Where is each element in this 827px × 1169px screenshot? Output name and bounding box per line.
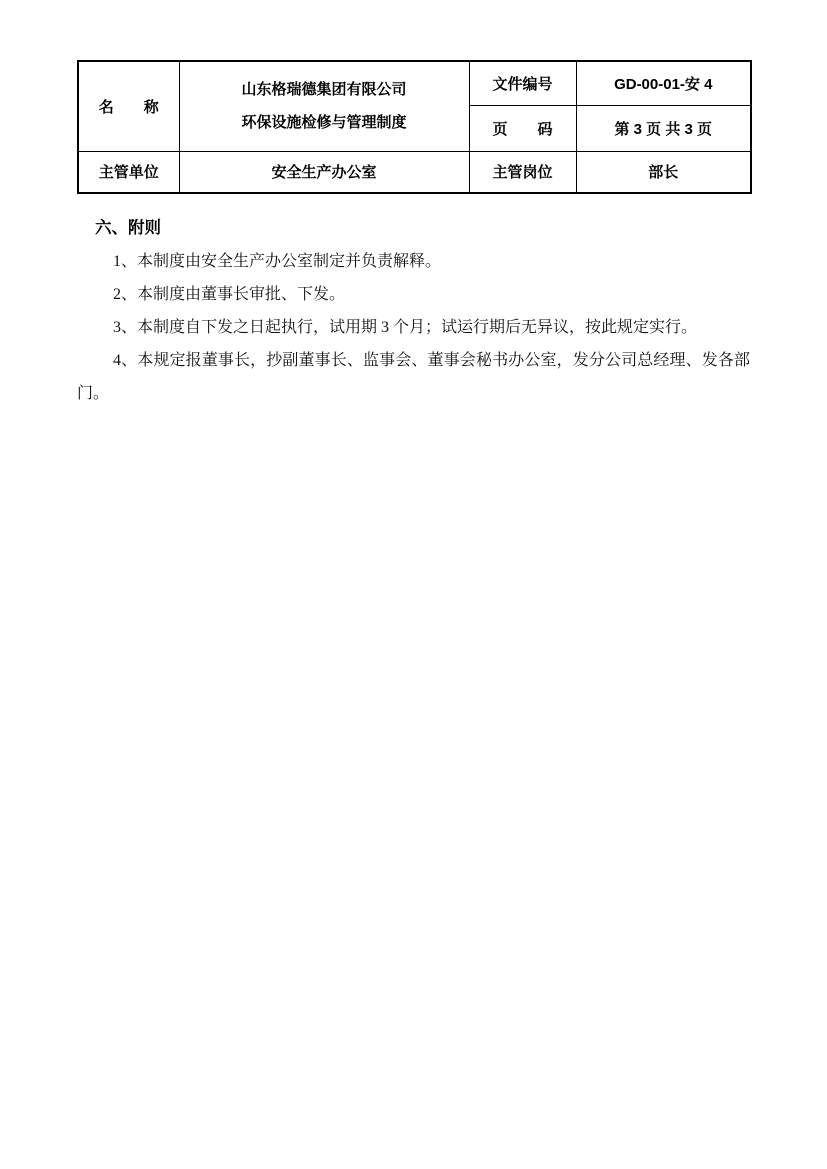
- doc-no-value-cell: GD-00-01-安 4: [576, 61, 751, 105]
- post-value-cell: 部长: [576, 151, 751, 193]
- post-value: 部长: [648, 164, 678, 181]
- document-page: 名 称 山东格瑞德集团有限公司 环保设施检修与管理制度 文件编号 GD-00-0…: [0, 0, 827, 1169]
- post-label-cell: 主管岗位: [469, 151, 576, 193]
- page-value-cell: 第 3 页 共 3 页: [576, 105, 751, 151]
- document-title-line1: 山东格瑞德集团有限公司: [184, 73, 465, 106]
- name-label: 名 称: [99, 99, 159, 116]
- dept-label: 主管单位: [99, 164, 159, 181]
- table-row: 名 称 山东格瑞德集团有限公司 环保设施检修与管理制度 文件编号 GD-00-0…: [78, 61, 751, 105]
- doc-no-label: 文件编号: [492, 76, 552, 93]
- section-heading: 六、附则: [77, 212, 750, 245]
- document-title-cell: 山东格瑞德集团有限公司 环保设施检修与管理制度: [179, 61, 469, 151]
- list-item: 3、本制度自下发之日起执行，试用期 3 个月；试运行期后无异议，按此规定实行。: [77, 311, 750, 344]
- page-value: 第 3 页 共 3 页: [614, 121, 712, 138]
- document-body: 六、附则 1、本制度由安全生产办公室制定并负责解释。 2、本制度由董事长审批、下…: [77, 212, 750, 410]
- list-item: 4、本规定报董事长，抄副董事长、监事会、董事会秘书办公室，发分公司总经理、发各部…: [77, 344, 750, 410]
- post-label: 主管岗位: [492, 164, 552, 181]
- list-item: 2、本制度由董事长审批、下发。: [77, 278, 750, 311]
- page-label-cell: 页 码: [469, 105, 576, 151]
- name-label-cell: 名 称: [78, 61, 179, 151]
- document-title-line2: 环保设施检修与管理制度: [184, 106, 465, 139]
- page-label: 页 码: [492, 121, 552, 138]
- table-row: 主管单位 安全生产办公室 主管岗位 部长: [78, 151, 751, 193]
- list-item: 1、本制度由安全生产办公室制定并负责解释。: [77, 245, 750, 278]
- dept-label-cell: 主管单位: [78, 151, 179, 193]
- doc-no-value: GD-00-01-安 4: [614, 76, 712, 93]
- doc-no-label-cell: 文件编号: [469, 61, 576, 105]
- dept-value: 安全生产办公室: [271, 164, 376, 181]
- document-header-table: 名 称 山东格瑞德集团有限公司 环保设施检修与管理制度 文件编号 GD-00-0…: [77, 60, 752, 194]
- dept-value-cell: 安全生产办公室: [179, 151, 469, 193]
